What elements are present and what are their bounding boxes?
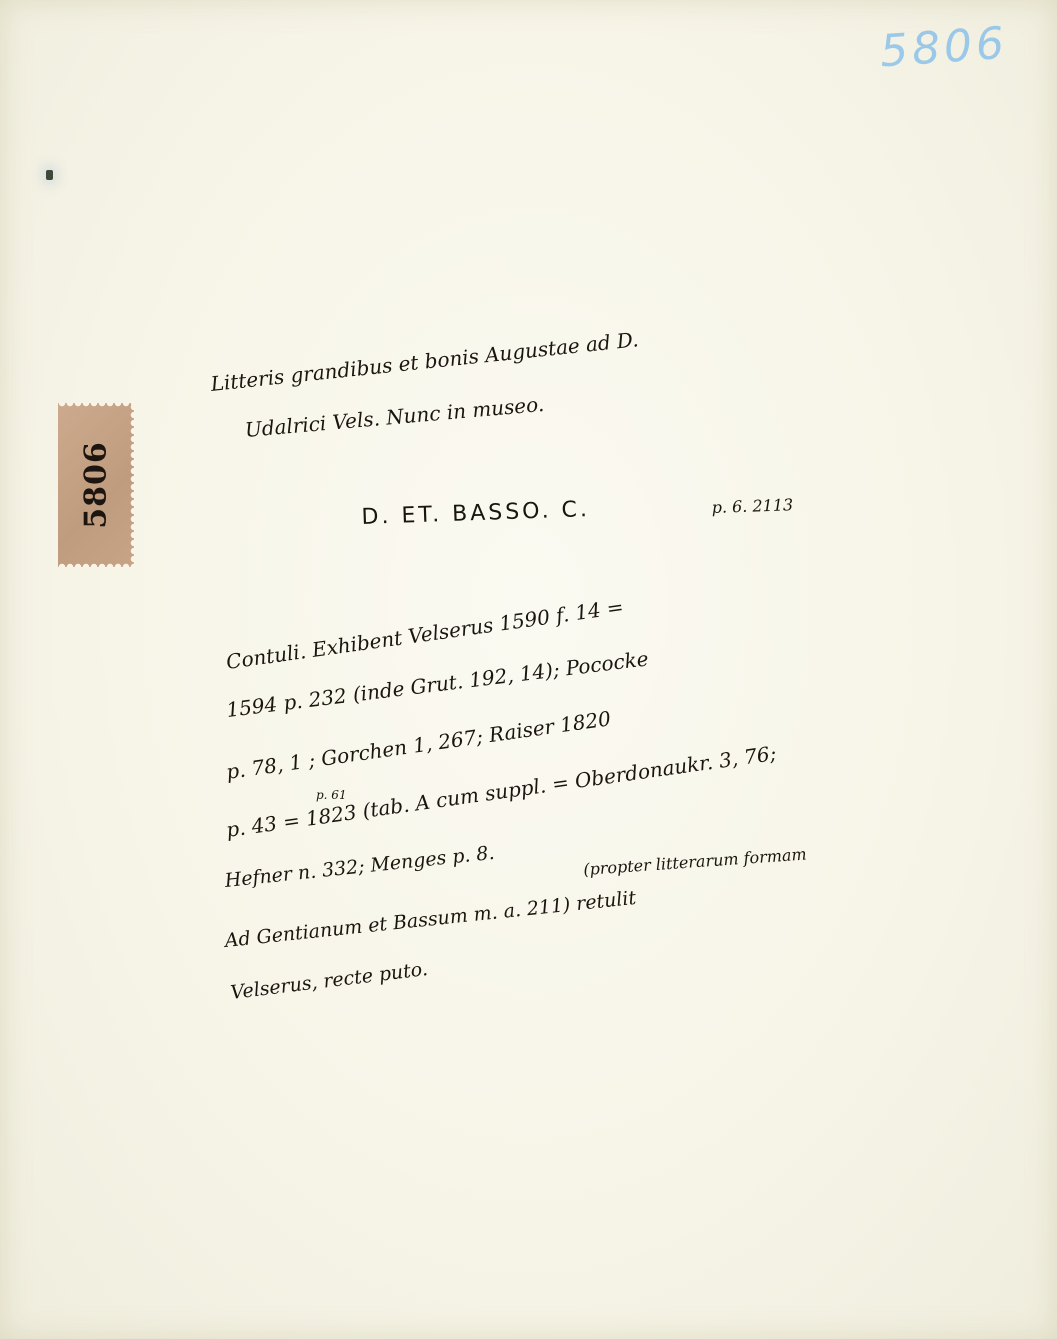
handwritten-line-2: Udalrici Vels. Nunc in museo. <box>244 392 545 442</box>
handwritten-line-8: Hefner n. 332; Menges p. 8. <box>224 842 496 892</box>
handwritten-line-9: Ad Gentianum et Bassum m. a. 211) retuli… <box>224 887 637 952</box>
stamp-number: 5806 <box>79 441 114 529</box>
pin-hole-mark <box>46 170 53 180</box>
inscription-reference: p. 6. 2113 <box>711 495 793 517</box>
inscription-line: D. ET. BASSO. C. <box>361 497 590 530</box>
handwritten-line-10: Velserus, recte puto. <box>229 958 429 1004</box>
line-2-text: Udalrici Vels. Nunc in museo. <box>244 392 545 442</box>
inventory-stamp-label: 5806 <box>58 403 134 567</box>
pencil-inventory-number: 5806 <box>878 18 1009 78</box>
superscript-page-note: p. 61 <box>316 788 347 802</box>
interlinear-note: (propter litterarum formam <box>583 844 807 879</box>
handwritten-line-1: Litteris grandibus et bonis Augustae ad … <box>209 327 639 396</box>
